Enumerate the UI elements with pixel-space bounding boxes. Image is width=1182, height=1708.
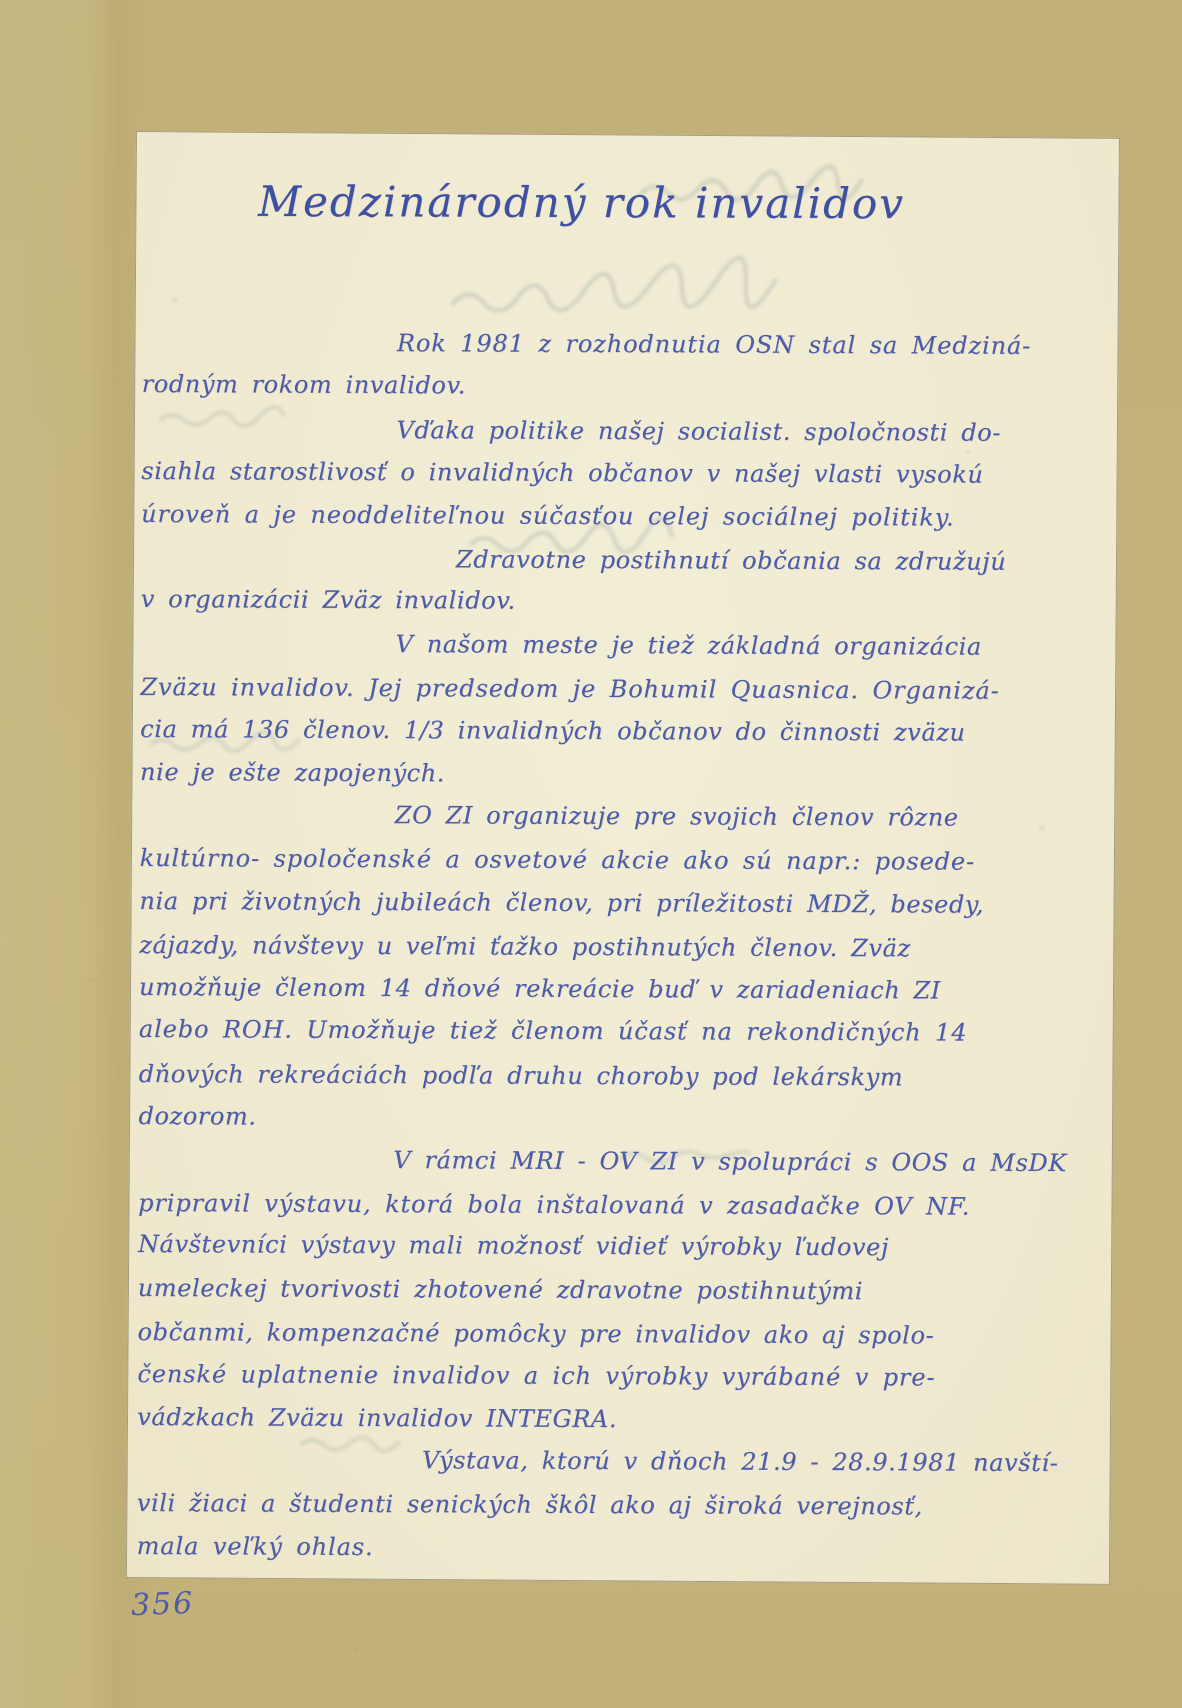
- text-line: dňových rekreáciách podľa druhu choroby …: [139, 1053, 1039, 1100]
- text-line: cia má 136 členov. 1/3 invalidných občan…: [140, 708, 1040, 755]
- text-line: Vďaka politike našej socialist. spoločno…: [141, 408, 1041, 455]
- page-number: 356: [130, 1586, 194, 1623]
- text-line: V rámci MRI - OV ZI v spolupráci s OOS a…: [138, 1138, 1038, 1185]
- text-line: umožňuje členom 14 dňové rekreácie buď v…: [139, 966, 1039, 1013]
- text-line: Zväzu invalidov. Jej predsedom je Bohumi…: [140, 666, 1040, 713]
- text-line: alebo ROH. Umožňuje tiež členom účasť na…: [139, 1008, 1039, 1055]
- text-line: vádzkach Zväzu invalidov INTEGRA.: [137, 1396, 1037, 1443]
- text-line: umeleckej tvorivosti zhotovené zdravotne…: [138, 1267, 1038, 1314]
- text-line: Rok 1981 z rozhodnutia OSN stal sa Medzi…: [142, 321, 1042, 368]
- text-line: ZO ZI organizuje pre svojich členov rôzn…: [140, 793, 1040, 840]
- text-line: siahla starostlivosť o invalidných občan…: [141, 450, 1041, 497]
- text-line: nie je ešte zapojených.: [140, 751, 1040, 798]
- text-line: vili žiaci a študenti senických škôl ako…: [137, 1482, 1037, 1529]
- text-line: V našom meste je tiež základná organizác…: [140, 622, 1040, 669]
- text-line: čenské uplatnenie invalidov a ich výrobk…: [137, 1353, 1037, 1400]
- text-line: v organizácii Zväz invalidov.: [141, 578, 1041, 625]
- text-line: Výstava, ktorú v dňoch 21.9 - 28.9.1981 …: [137, 1438, 1037, 1485]
- text-line: úroveň a je neoddeliteľnou súčasťou cele…: [141, 493, 1041, 540]
- text-line: Návštevníci výstavy mali možnosť vidieť …: [138, 1223, 1038, 1270]
- text-line: pripravil výstavu, ktorá bola inštalovan…: [138, 1182, 1038, 1229]
- text-line: Zdravotne postihnutí občania sa združujú: [141, 537, 1041, 584]
- text-line: nia pri životných jubileách členov, pri …: [139, 880, 1039, 927]
- handwritten-text: Rok 1981 z rozhodnutia OSN stal sa Medzi…: [137, 321, 1042, 1572]
- text-line: občanmi, kompenzačné pomôcky pre invalid…: [137, 1311, 1037, 1358]
- text-line: rodným rokom invalidov.: [142, 363, 1042, 410]
- text-line: kultúrno- spoločenské a osvetové akcie a…: [140, 837, 1040, 884]
- text-line: dozorom.: [138, 1095, 1038, 1142]
- text-line: mala veľký ohlas.: [137, 1525, 1037, 1572]
- text-line: zájazdy, návštevy u veľmi ťažko postihnu…: [139, 924, 1039, 971]
- page-title: Medzinárodný rok invalidov: [258, 177, 905, 228]
